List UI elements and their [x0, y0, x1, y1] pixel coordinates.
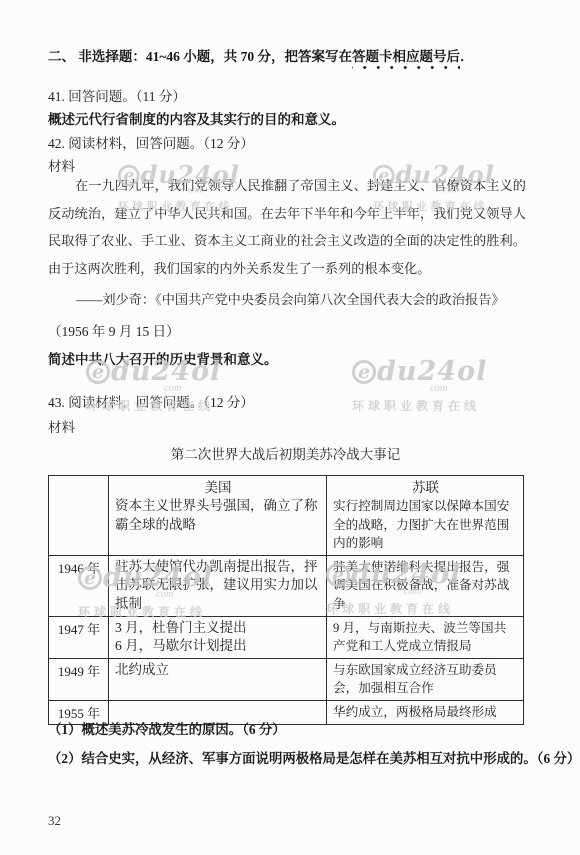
material-date-42: （1956 年 9 月 15 日） [48, 322, 180, 341]
su-event-cell: 9 月，与南斯拉夫、波兰等国共产党和工人党成立情报局 [327, 616, 524, 658]
us-event-cell: 北约成立 [109, 658, 327, 700]
table-row-1947: 1947 年 3 月，杜鲁门主义提出 6 月，马歇尔计划提出 9 月，与南斯拉夫… [49, 616, 524, 658]
material-paragraph-42: 在一九四九年，我们党领导人民推翻了帝国主义、封建主义、官僚资本主义的反动统治，建… [48, 172, 526, 282]
section-header-prefix: 二、 非选择题：41~46 小题，共 70 分，把答案写在 [48, 49, 352, 64]
watermark-logo: edu24ol [352, 358, 487, 386]
question-43-title: 43. 阅读材料，回答问题。（12 分） [48, 393, 254, 412]
table-title: 第二次世界大战后初期美苏冷战大事记 [48, 443, 523, 463]
section-header: 二、 非选择题：41~46 小题，共 70 分，把答案写在答题卡相应题号后． [48, 47, 474, 66]
us-event-cell: 3 月，杜鲁门主义提出 6 月，马歇尔计划提出 [109, 616, 327, 658]
material-label-43: 材料 [48, 418, 75, 437]
us-desc: 资本主义世界头号强国，确立了称霸全球的战略 [115, 497, 321, 534]
table-header-row: 美国 资本主义世界头号强国，确立了称霸全球的战略 苏联 实行控制周边国家以保障本… [49, 476, 524, 556]
table-row-1949: 1949 年 北约成立 与东欧国家成立经济互助委员会，加强相互合作 [49, 658, 524, 700]
year-cell: 1949 年 [49, 658, 109, 700]
question-41-title: 41. 回答问题。（11 分） [48, 87, 186, 106]
exam-page-scan: edu24ol com 环球职业教育在线 edu24ol com 环球职业教育在… [0, 0, 580, 855]
table-header-us: 美国 资本主义世界头号强国，确立了称霸全球的战略 [109, 476, 327, 556]
watermark-e-icon: e [352, 360, 376, 384]
table-corner-cell [49, 476, 109, 556]
su-event-cell: 驻美大使诺维科夫提出报告，强调美国在积极备战，准备对苏战争 [327, 555, 524, 616]
su-title: 苏联 [333, 478, 518, 497]
cold-war-table: 美国 资本主义世界头号强国，确立了称霸全球的战略 苏联 实行控制周边国家以保障本… [48, 475, 524, 725]
su-event-cell: 华约成立，两极格局最终形成 [327, 700, 524, 724]
table-header-su: 苏联 实行控制周边国家以保障本国安全的战略，力图扩大在世界范围内的影响 [327, 476, 524, 556]
question-42-ask: 简述中共八大召开的历史背景和意义。 [48, 350, 278, 369]
watermark-subtitle: 环球职业教育在线 [352, 397, 487, 414]
watermark-com: com [430, 383, 487, 394]
su-event-cell: 与东欧国家成立经济互助委员会，加强相互合作 [327, 658, 524, 700]
us-title: 美国 [115, 478, 321, 497]
question-42-title: 42. 阅读材料，回答问题。（12 分） [48, 134, 254, 153]
sub-question-1: （1）概述美苏冷战发生的原因。（6 分） [48, 720, 286, 739]
page-number: 32 [48, 813, 61, 829]
year-cell: 1947 年 [49, 616, 109, 658]
su-desc: 实行控制周边国家以保障本国安全的战略，力图扩大在世界范围内的影响 [333, 497, 518, 553]
section-header-emphasized: 答题卡相应题号后 [352, 49, 460, 70]
table-row-1946: 1946 年 驻苏大使馆代办凯南提出报告，抨击苏联无限扩张，建议用实力加以抵制 … [49, 555, 524, 616]
section-header-suffix: ． [460, 49, 474, 64]
sub-question-2: （2）结合史实，从经济、军事方面说明两极格局是怎样在美苏相互对抗中形成的。（6 … [48, 749, 580, 768]
year-cell: 1946 年 [49, 555, 109, 616]
question-41-body: 概述元代行省制度的内容及其实行的目的和意义。 [48, 110, 345, 129]
us-event-cell: 驻苏大使馆代办凯南提出报告，抨击苏联无限扩张，建议用实力加以抵制 [109, 555, 327, 616]
watermark: edu24ol com 环球职业教育在线 [352, 358, 487, 414]
material-source-42: ——刘少奇：《中国共产党中央委员会向第八次全国代表大会的政治报告》 [76, 290, 505, 309]
